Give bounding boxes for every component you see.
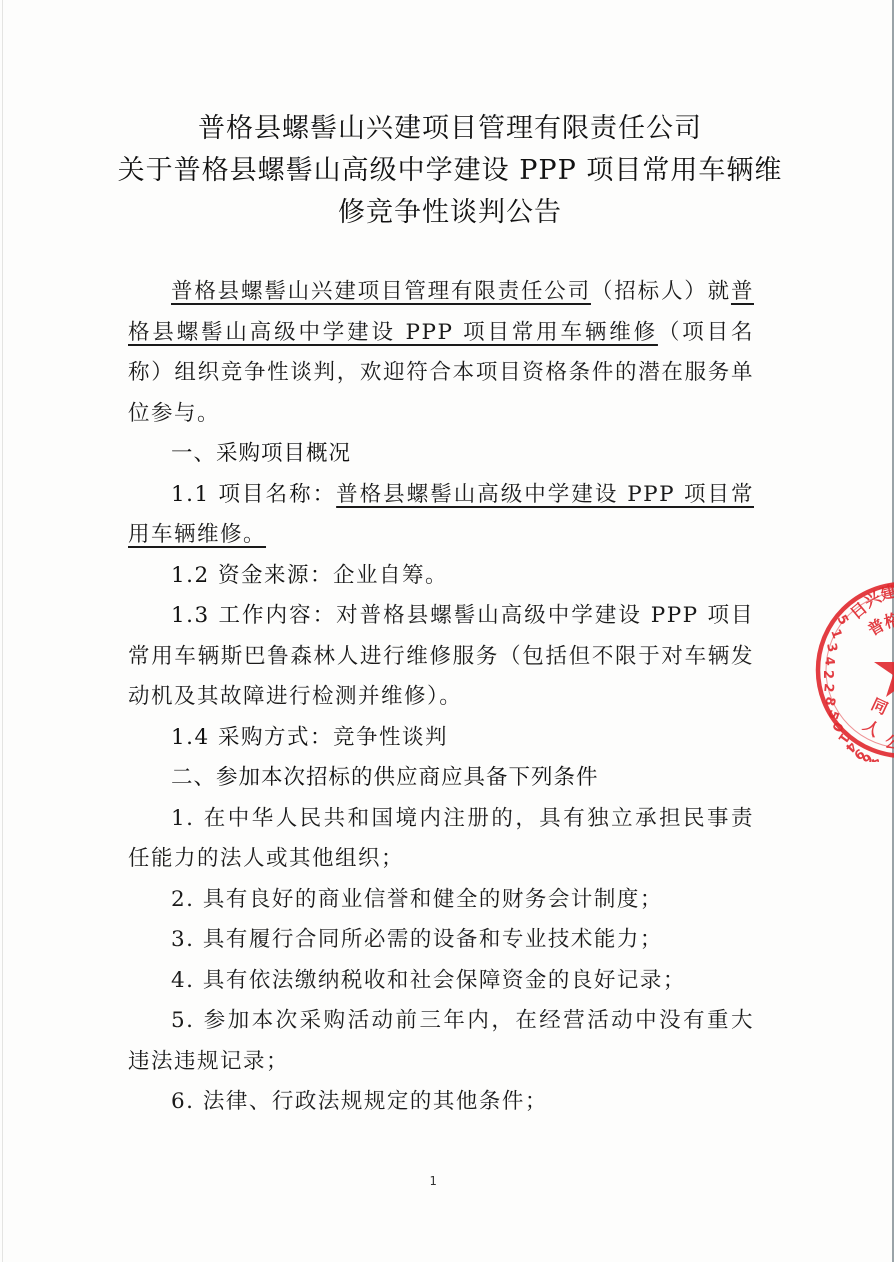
title-line-3: 修竞争性谈判公告 xyxy=(100,192,800,234)
item-1-3: 1.3 工作内容：对普格县螺髻山高级中学建设 PPP 项目常用车辆斯巴鲁森林人进… xyxy=(128,596,754,718)
svg-text:3: 3 xyxy=(823,642,840,654)
svg-text:公: 公 xyxy=(883,732,894,755)
document-title: 普格县螺髻山兴建项目管理有限责任公司 关于普格县螺髻山高级中学建设 PPP 项目… xyxy=(100,108,800,234)
item-1-1-label: 1.1 项目名称： xyxy=(171,482,336,507)
page-number: 1 xyxy=(0,1174,866,1188)
document-page: 普格县螺髻山兴建项目管理有限责任公司 关于普格县螺髻山高级中学建设 PPP 项目… xyxy=(0,0,894,1262)
section1-heading: 一、采购项目概况 xyxy=(128,434,754,475)
tenderer-suffix: （招标人）就 xyxy=(591,279,731,304)
page-edge-left xyxy=(2,0,3,1262)
company-seal-icon: 5 1 3 4 2 2 8 5 0 1 4 9 6 4 日 兴 建 普 格 人 xyxy=(812,578,894,762)
item-1-4: 1.4 采购方式：竞争性谈判 xyxy=(128,718,754,759)
requirement-6: 6. 法律、行政法规规定的其他条件； xyxy=(128,1082,754,1123)
item-1-2-value: 企业自筹。 xyxy=(333,563,448,588)
item-1-4-value: 竞争性谈判 xyxy=(333,725,448,750)
tenderer-name: 普格县螺髻山兴建项目管理有限责任公司 xyxy=(171,279,591,304)
title-line-1: 普格县螺髻山兴建项目管理有限责任公司 xyxy=(100,108,800,150)
section2-heading: 二、参加本次招标的供应商应具备下列条件 xyxy=(128,758,754,799)
requirement-5: 5. 参加本次采购活动前三年内，在经营活动中没有重大违法违规记录； xyxy=(128,1001,754,1082)
document-body: 普格县螺髻山兴建项目管理有限责任公司（招标人）就普格县螺髻山高级中学建设 PPP… xyxy=(128,272,754,1123)
requirement-3: 3. 具有履行合同所必需的设备和专业技术能力； xyxy=(128,920,754,961)
item-1-3-label: 1.3 工作内容： xyxy=(171,603,336,628)
item-1-2: 1.2 资金来源：企业自筹。 xyxy=(128,556,754,597)
svg-text:4: 4 xyxy=(821,656,837,666)
title-line-2: 关于普格县螺髻山高级中学建设 PPP 项目常用车辆维 xyxy=(100,150,800,192)
svg-text:2: 2 xyxy=(820,683,836,693)
item-1-1: 1.1 项目名称：普格县螺髻山高级中学建设 PPP 项目常用车辆维修。 xyxy=(128,475,754,556)
requirement-1: 1. 在中华人民共和国境内注册的，具有独立承担民事责任能力的法人或其他组织； xyxy=(128,799,754,880)
intro-paragraph: 普格县螺髻山兴建项目管理有限责任公司（招标人）就普格县螺髻山高级中学建设 PPP… xyxy=(128,272,754,434)
item-1-4-label: 1.4 采购方式： xyxy=(171,725,333,750)
svg-text:同: 同 xyxy=(868,694,891,718)
svg-text:2: 2 xyxy=(820,670,835,679)
requirement-2: 2. 具有良好的商业信誉和健全的财务会计制度； xyxy=(128,880,754,921)
item-1-2-label: 1.2 资金来源： xyxy=(171,563,333,588)
requirement-4: 4. 具有依法缴纳税收和社会保障资金的良好记录； xyxy=(128,961,754,1002)
